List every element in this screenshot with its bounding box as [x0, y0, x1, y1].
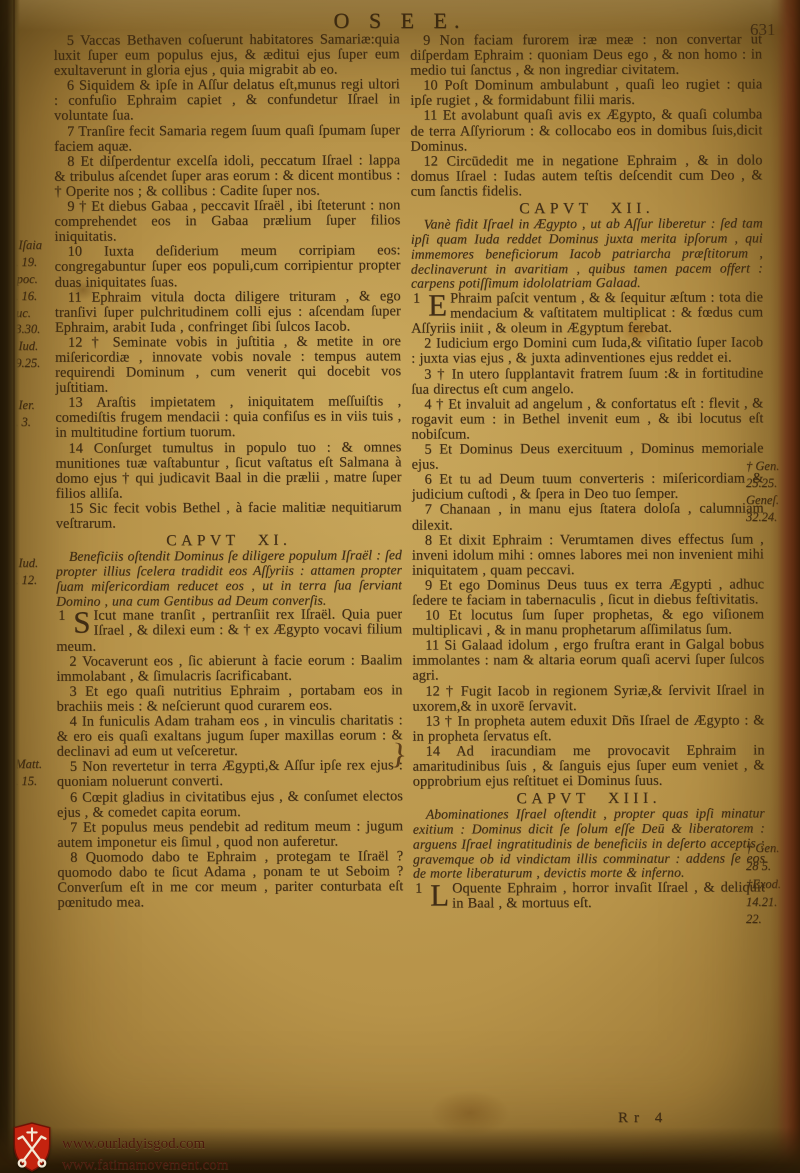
verse-paragraph: 7 Chanaan , in manu ejus ſtatera doloſa … [412, 502, 764, 533]
verse-paragraph: 3 Et ego quaſi nutritius Ephraim , porta… [56, 683, 402, 715]
verse-paragraph: 5 Vaccas Bethaven coſuerunt habitatores … [54, 32, 400, 79]
verse-paragraph: 13 Araſtis impietatem , iniquitatem meſſ… [55, 394, 401, 441]
verse-paragraph: 14 Conſurget tumultus in populo tuo : & … [55, 440, 401, 502]
verse-paragraph: 9 Non faciam furorem iræ meæ : non conve… [410, 32, 762, 79]
running-head-title: O S E E. [0, 8, 800, 34]
verse-paragraph: 12 † Fugit Iacob in regionem Syriæ,& ſer… [412, 683, 764, 714]
watermark-url-2: www.fatimamovement.com [62, 1155, 228, 1173]
verse-number: 1 [415, 882, 422, 897]
verse-paragraph: 7 Tranſire fecit Samaria regem ſuum quaſ… [54, 123, 400, 155]
verse-paragraph: 4 † Et invaluit ad angelum , & confortat… [411, 396, 763, 443]
verse-paragraph: 8 Quomodo dabo te Ephraim , protegam te … [57, 849, 403, 911]
watermark-url-1: www.ourladyisgod.com [62, 1134, 228, 1155]
verse-paragraph: 11 Si Galaad idolum , ergo fruſtra erant… [412, 638, 764, 685]
verse-paragraph: E1Phraim paſcit ventum , & & ſequitur æſ… [411, 290, 763, 337]
verse-paragraph: 6 Siquidem & ipſe in Aſſur delatus eſt,m… [54, 78, 400, 125]
verse-paragraph: 14 Ad iracundiam me provocavit Ephraim i… [413, 743, 765, 790]
verse-paragraph: 11 Et avolabunt quaſi avis ex Ægypto, & … [410, 108, 762, 155]
verse-number: 1 [413, 292, 420, 307]
verse-paragraph: 7 Et populus meus pendebit ad reditum me… [57, 819, 403, 851]
verse-paragraph: L1Oquente Ephraim , horror invaſit Iſrae… [413, 881, 765, 912]
fore-edge [770, 0, 800, 1173]
verse-paragraph: 6 Et tu ad Deum tuum converteris : miſer… [412, 472, 764, 503]
verse-paragraph: 2 Iudicium ergo Domini cum Iuda,& viſita… [411, 336, 763, 367]
chapter-argument: Vanè fidit Iſrael in Ægypto , ut ab Aſſu… [411, 217, 763, 292]
book-scan: O S E E. 631 5 Vaccas Bethaven coſuerunt… [0, 0, 800, 1173]
chapter-heading: CAPVT XIII. [413, 791, 765, 807]
margin-reference: 22. [746, 912, 762, 927]
verse-paragraph: 8 Et dixit Ephraim : Verumtamen dives ef… [412, 532, 764, 579]
watermark: www.ourladyisgod.com www.fatimamovement.… [10, 1122, 228, 1173]
text-column-left: 5 Vaccas Bethaven coſuerunt habitatores … [54, 32, 405, 1115]
chapter-heading: CAPVT XI. [56, 532, 402, 549]
crossed-keys-shield-icon [10, 1122, 54, 1172]
drop-cap: S [73, 610, 90, 636]
margin-reference: 28 5. [746, 859, 771, 874]
verse-paragraph: 2 Vocaverunt eos , ſic abierunt à facie … [56, 653, 402, 685]
chapter-argument: Abominationes Iſrael oſtendit , propter … [413, 807, 765, 882]
book-spine-edge [0, 0, 20, 1173]
verse-paragraph: 8 Et diſperdentur excelſa idoli, peccatu… [54, 153, 400, 200]
verse-paragraph: 10 Et locutus ſum ſuper prophetas, & ego… [412, 607, 764, 638]
verse-paragraph: 3 † In utero ſupplantavit fratrem ſuum :… [411, 366, 763, 397]
chapter-argument: Beneficiis oſtendit Dominus ſe diligere … [56, 548, 402, 609]
verse-paragraph: 15 Sic fecit vobis Bethel , à facie mali… [56, 500, 402, 532]
verse-paragraph: 9 † Et diebus Gabaa , peccavit Iſraël , … [54, 198, 400, 245]
verse-paragraph: 4 In funiculis Adam traham eos , in vinc… [57, 713, 403, 760]
verse-paragraph: 5 Non revertetur in terra Ægypti,& Aſſur… [57, 759, 403, 791]
ink-blot: } [389, 737, 410, 773]
verse-paragraph: 11 Ephraim vitula docta diligere tritura… [55, 289, 401, 336]
verse-paragraph: 9 Et ego Dominus Deus tuus ex terra Ægyp… [412, 577, 764, 608]
chapter-heading: CAPVT XII. [411, 200, 763, 216]
verse-paragraph: 12 † Seminate vobis in juſtitia , & meti… [55, 334, 401, 396]
verse-paragraph: 6 Cœpit gladius in civitatibus ejus , & … [57, 789, 403, 821]
verse-paragraph: 10 Iuxta deſiderium meum corripiam eos: … [55, 244, 401, 291]
verse-number: 1 [58, 609, 65, 624]
drop-cap: E [428, 293, 447, 319]
verse-paragraph: 12 Circūdedit me in negatione Ephraim , … [411, 153, 763, 200]
verse-paragraph: 5 Et Dominus Deus exercituum , Dominus m… [412, 441, 764, 472]
drop-cap: L [430, 883, 449, 909]
signature-mark: Rr 4 [618, 1110, 668, 1127]
verse-paragraph: 10 Poſt Dominum ambulabunt , quaſi leo r… [410, 78, 762, 109]
text-column-right: 9 Non faciam furorem iræ meæ : non conve… [410, 32, 766, 1133]
verse-paragraph: S1Icut mane tranſit , pertranſiit rex Iſ… [56, 608, 402, 655]
verse-paragraph: 13 † In propheta autem eduxit Dñs Iſrael… [412, 713, 764, 744]
